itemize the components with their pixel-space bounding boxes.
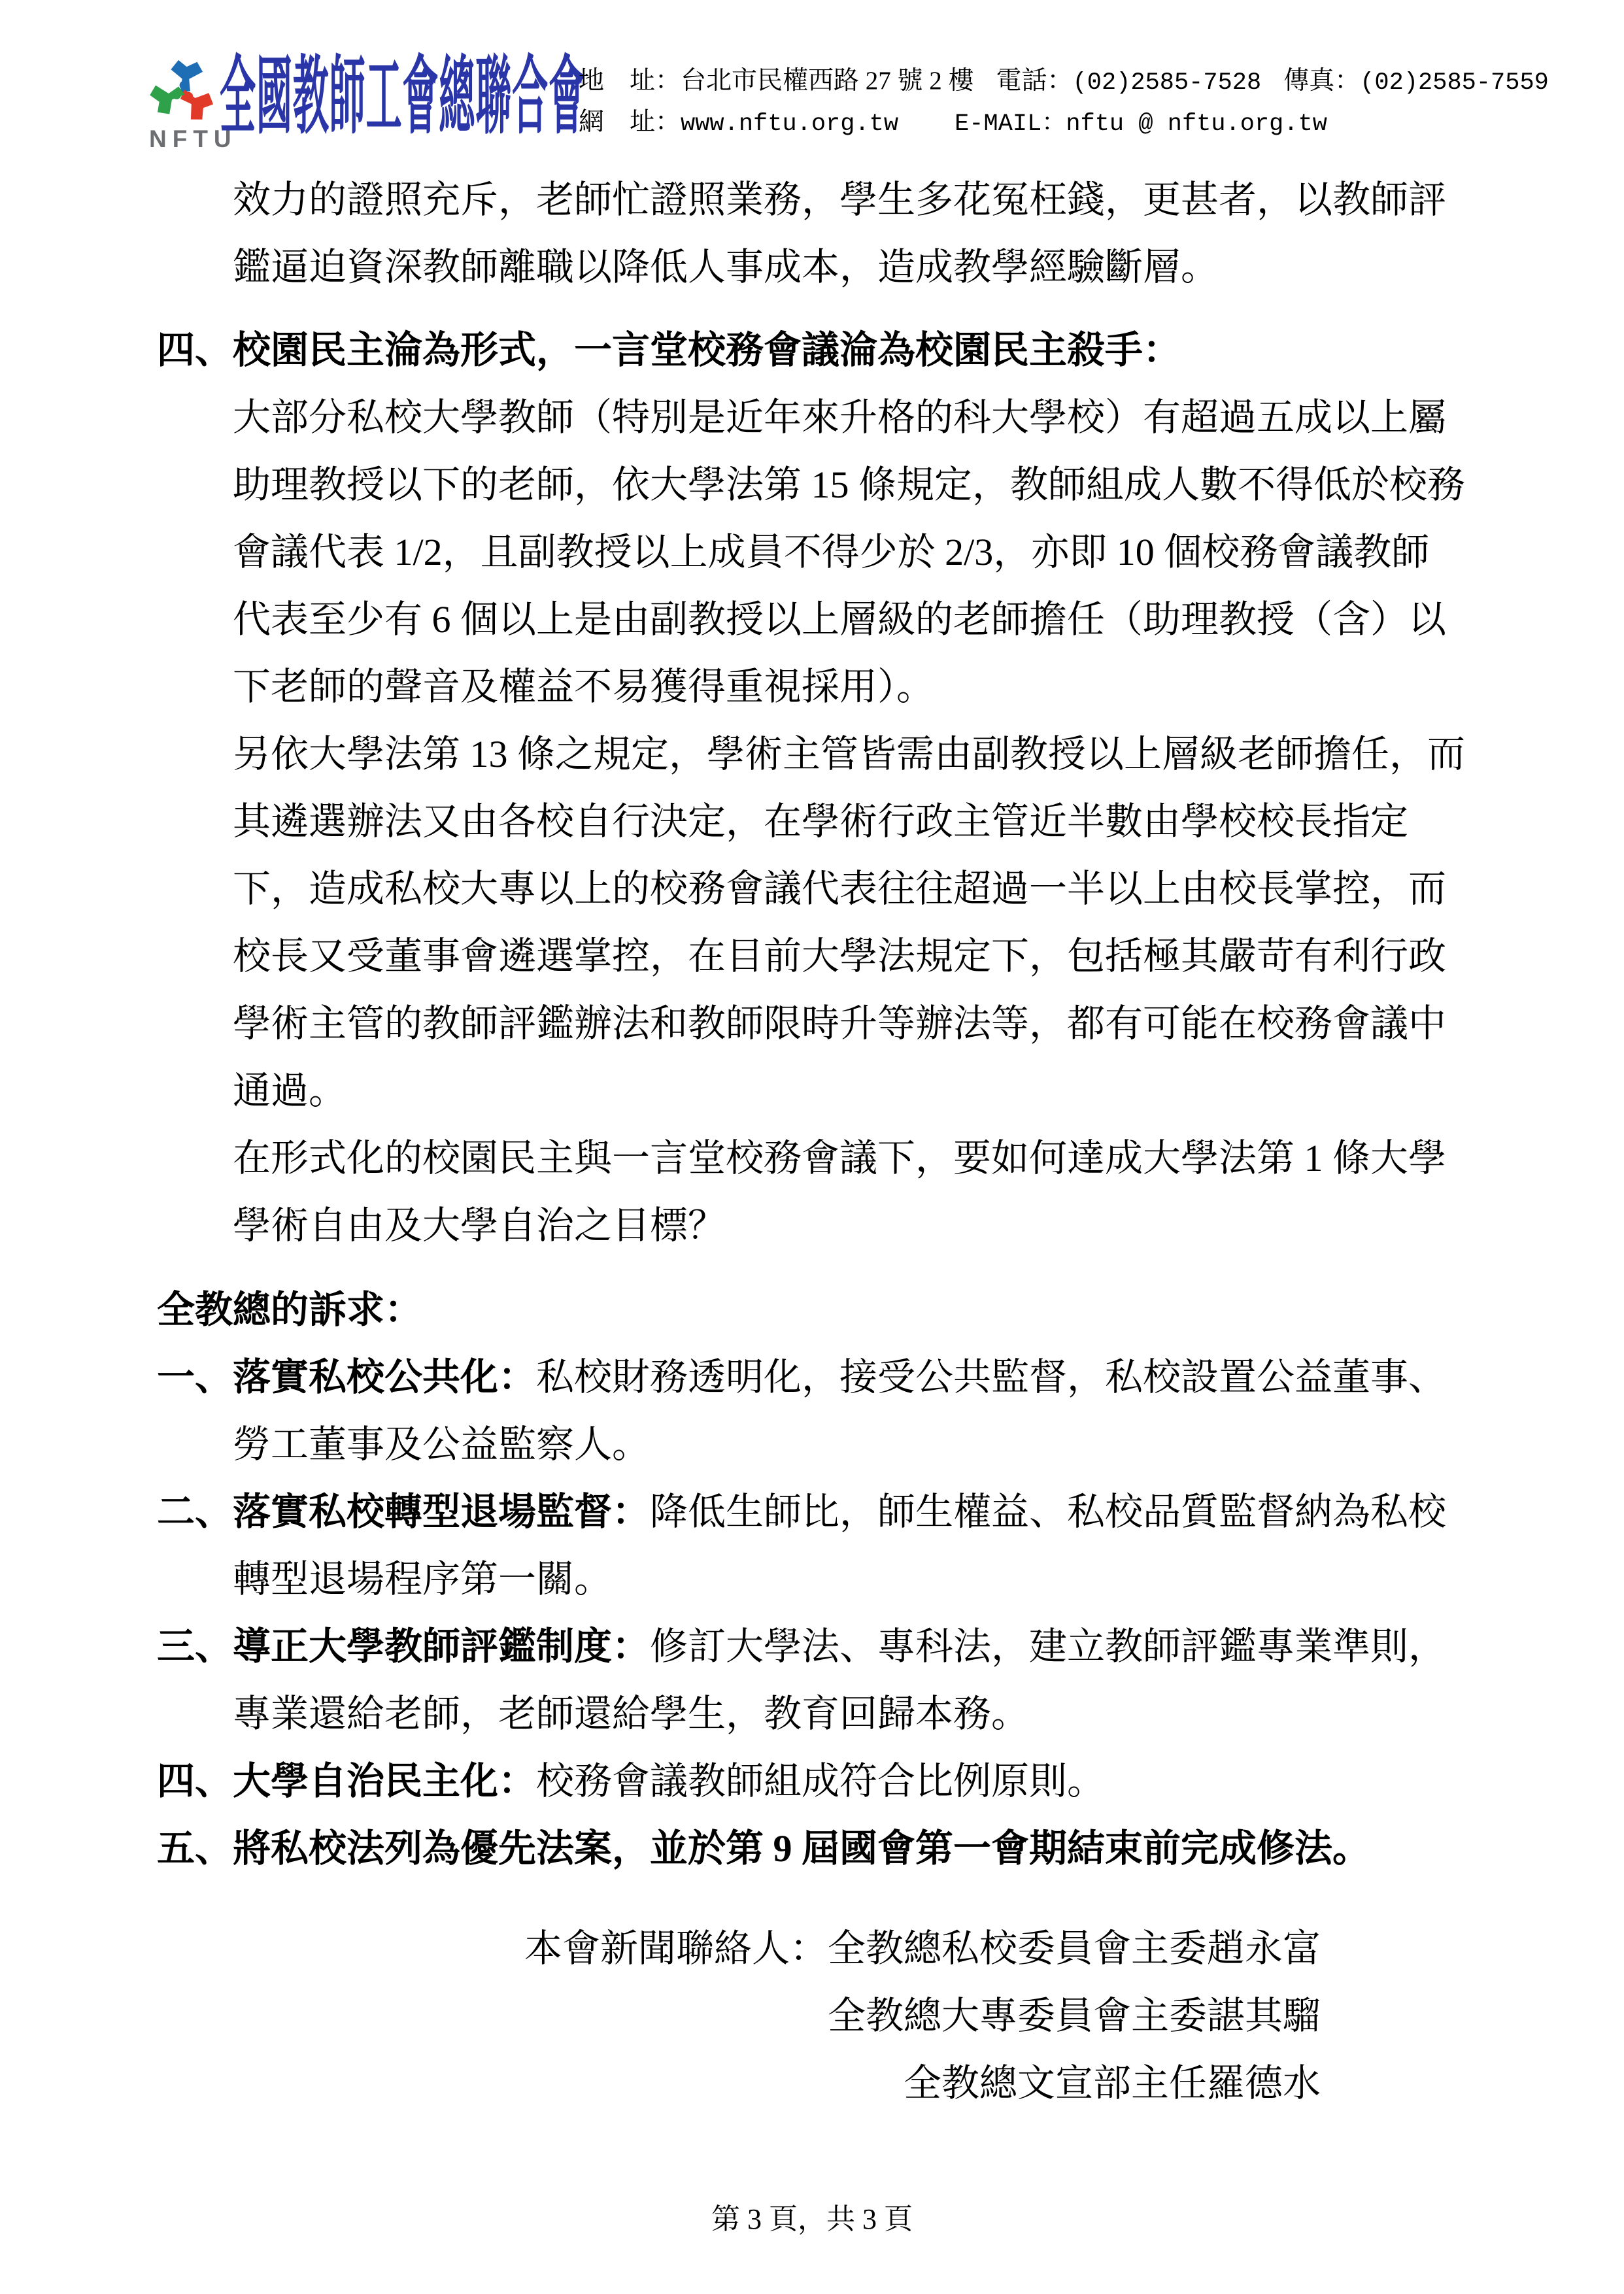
demand-3-lead: 三、導正大學教師評鑑制度： xyxy=(157,1625,650,1668)
address-value: 台北市民權西路 27 號 2 樓 xyxy=(681,67,974,95)
demand-2-continuation: 轉型退場程序第一關。 xyxy=(157,1545,1467,1613)
section4-line: 學術主管的教師評鑑辦法和教師限時升等辦法等，都有可能在校務會議中 xyxy=(157,990,1467,1057)
section4-line: 學術自由及大學自治之目標？ xyxy=(157,1192,1467,1259)
section4-line: 助理教授以下的老師，依大學法第 15 條規定，教師組成人數不得低於校務 xyxy=(157,451,1467,518)
nftu-logo-icon xyxy=(146,58,220,127)
section4-line: 其遴選辦法又由各校自行決定，在學術行政主管近半數由學校校長指定 xyxy=(157,788,1467,855)
document-body: 效力的證照充斥，老師忙證照業務，學生多花冤枉錢，更甚者，以教師評 鑑逼迫資深教師… xyxy=(157,166,1467,2117)
press-contact-block: 本會新聞聯絡人：全教總私校委員會主委趙永富 全教總大專委員會主委諶其騮 全教總文… xyxy=(157,1915,1467,2117)
carryover-line-1: 效力的證照充斥，老師忙證照業務，學生多花冤枉錢，更甚者，以教師評 xyxy=(157,166,1467,233)
demand-2-lead: 二、落實私校轉型退場監督： xyxy=(157,1491,650,1533)
demand-1: 一、落實私校公共化：私校財務透明化，接受公共監督，私校設置公益董事、 xyxy=(157,1343,1467,1411)
demand-5: 五、將私校法列為優先法案，並於第 9 屆國會第一會期結束前完成修法。 xyxy=(157,1815,1467,1882)
address-label: 地 址： xyxy=(579,67,681,95)
org-name-calligraphy: 全國教師工會總聯合會 xyxy=(220,54,585,141)
tel-label: 電話： xyxy=(996,67,1073,95)
fax-value: (02)2585-7559 xyxy=(1360,69,1549,97)
carryover-line-2: 鑑逼迫資深教師離職以降低人事成本，造成教學經驗斷層。 xyxy=(157,233,1467,301)
section4-line: 校長又受董事會遴選掌控，在目前大學法規定下，包括極其嚴苛有利行政 xyxy=(157,922,1467,990)
contact-row-address: 地 址：台北市民權西路 27 號 2 樓電話：(02)2585-7528傳真：(… xyxy=(579,61,1549,103)
contact-info: 地 址：台北市民權西路 27 號 2 樓電話：(02)2585-7528傳真：(… xyxy=(579,61,1549,144)
demand-3: 三、導正大學教師評鑑制度：修訂大學法、專科法，建立教師評鑑專業準則， xyxy=(157,1613,1467,1680)
section4-line: 會議代表 1/2，且副教授以上成員不得少於 2/3，亦即 10 個校務會議教師 xyxy=(157,518,1467,586)
email-label: E-MAIL： xyxy=(955,110,1066,138)
demand-1-lead: 一、落實私校公共化： xyxy=(157,1356,536,1398)
demand-4: 四、大學自治民主化：校務會議教師組成符合比例原則。 xyxy=(157,1747,1467,1815)
section4-heading: 四、校園民主淪為形式，一言堂校務會議淪為校園民主殺手： xyxy=(157,316,1467,384)
contact-row-web: 網 址：www.nftu.org.twE-MAIL：nftu @ nftu.or… xyxy=(579,103,1549,144)
press-contact-line: 全教總文宣部主任羅德水 xyxy=(157,2049,1321,2117)
demand-3-text: 修訂大學法、專科法，建立教師評鑑專業準則， xyxy=(650,1625,1446,1668)
demand-3-continuation: 專業還給老師，老師還給學生，教育回歸本務。 xyxy=(157,1680,1467,1747)
section4-line: 另依大學法第 13 條之規定，學術主管皆需由副教授以上層級老師擔任，而 xyxy=(157,720,1467,788)
demand-4-text: 校務會議教師組成符合比例原則。 xyxy=(536,1760,1105,1802)
web-label: 網 址： xyxy=(579,108,681,136)
section4-line: 下，造成私校大專以上的校務會議代表往往超過一半以上由校長掌控，而 xyxy=(157,855,1467,922)
demand-1-continuation: 勞工董事及公益監察人。 xyxy=(157,1411,1467,1478)
section4-line: 通過。 xyxy=(157,1057,1467,1124)
press-contact-line: 本會新聞聯絡人：全教總私校委員會主委趙永富 xyxy=(157,1915,1321,1982)
demand-1-text: 私校財務透明化，接受公共監督，私校設置公益董事、 xyxy=(536,1356,1446,1398)
section4-line: 下老師的聲音及權益不易獲得重視採用）。 xyxy=(157,653,1467,720)
document-page: NFTU 全國教師工會總聯合會 地 址：台北市民權西路 27 號 2 樓電話：(… xyxy=(0,0,1624,2294)
demand-2-text: 降低生師比，師生權益、私校品質監督納為私校 xyxy=(650,1491,1446,1533)
page-number-footer: 第 3 頁，共 3 頁 xyxy=(0,2195,1624,2237)
web-value: www.nftu.org.tw xyxy=(681,110,898,138)
demand-4-lead: 四、大學自治民主化： xyxy=(157,1760,536,1802)
email-value: nftu @ nftu.org.tw xyxy=(1066,110,1327,138)
demands-heading: 全教總的訴求： xyxy=(157,1276,1467,1343)
header: NFTU 全國教師工會總聯合會 地 址：台北市民權西路 27 號 2 樓電話：(… xyxy=(0,0,1624,177)
fax-label: 傳真： xyxy=(1283,67,1360,95)
section4-line: 大部分私校大學教師（特別是近年來升格的科大學校）有超過五成以上屬 xyxy=(157,384,1467,451)
section4-line: 在形式化的校園民主與一言堂校務會議下，要如何達成大學法第 1 條大學 xyxy=(157,1124,1467,1192)
demand-2: 二、落實私校轉型退場監督：降低生師比，師生權益、私校品質監督納為私校 xyxy=(157,1478,1467,1545)
press-contact-line: 全教總大專委員會主委諶其騮 xyxy=(157,1982,1321,2049)
section4-line: 代表至少有 6 個以上是由副教授以上層級的老師擔任（助理教授（含）以 xyxy=(157,586,1467,653)
tel-value: (02)2585-7528 xyxy=(1073,69,1262,97)
